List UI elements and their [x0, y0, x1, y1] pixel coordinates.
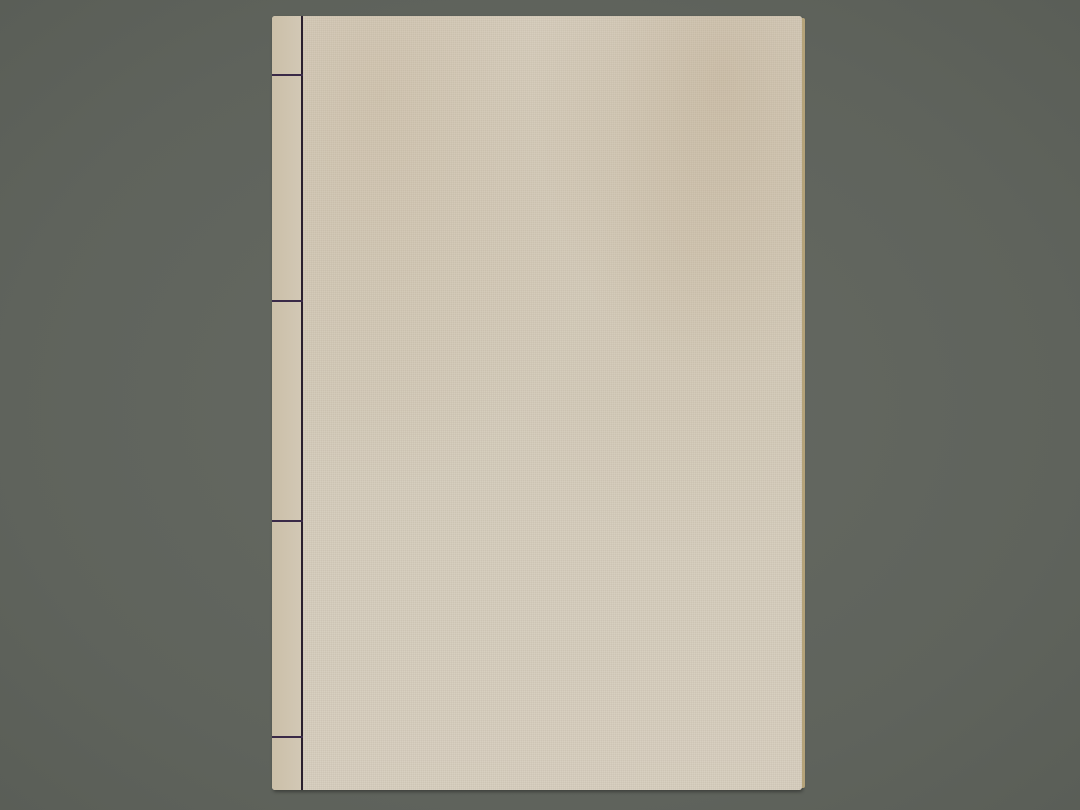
book-cover [272, 16, 802, 790]
binding-stitch [272, 520, 303, 522]
book [272, 16, 802, 790]
binding-stitch [272, 300, 303, 302]
binding-stitch [272, 74, 303, 76]
binding-spine [272, 16, 301, 790]
binding-thread-vertical [301, 16, 303, 790]
binding-stitch [272, 736, 303, 738]
